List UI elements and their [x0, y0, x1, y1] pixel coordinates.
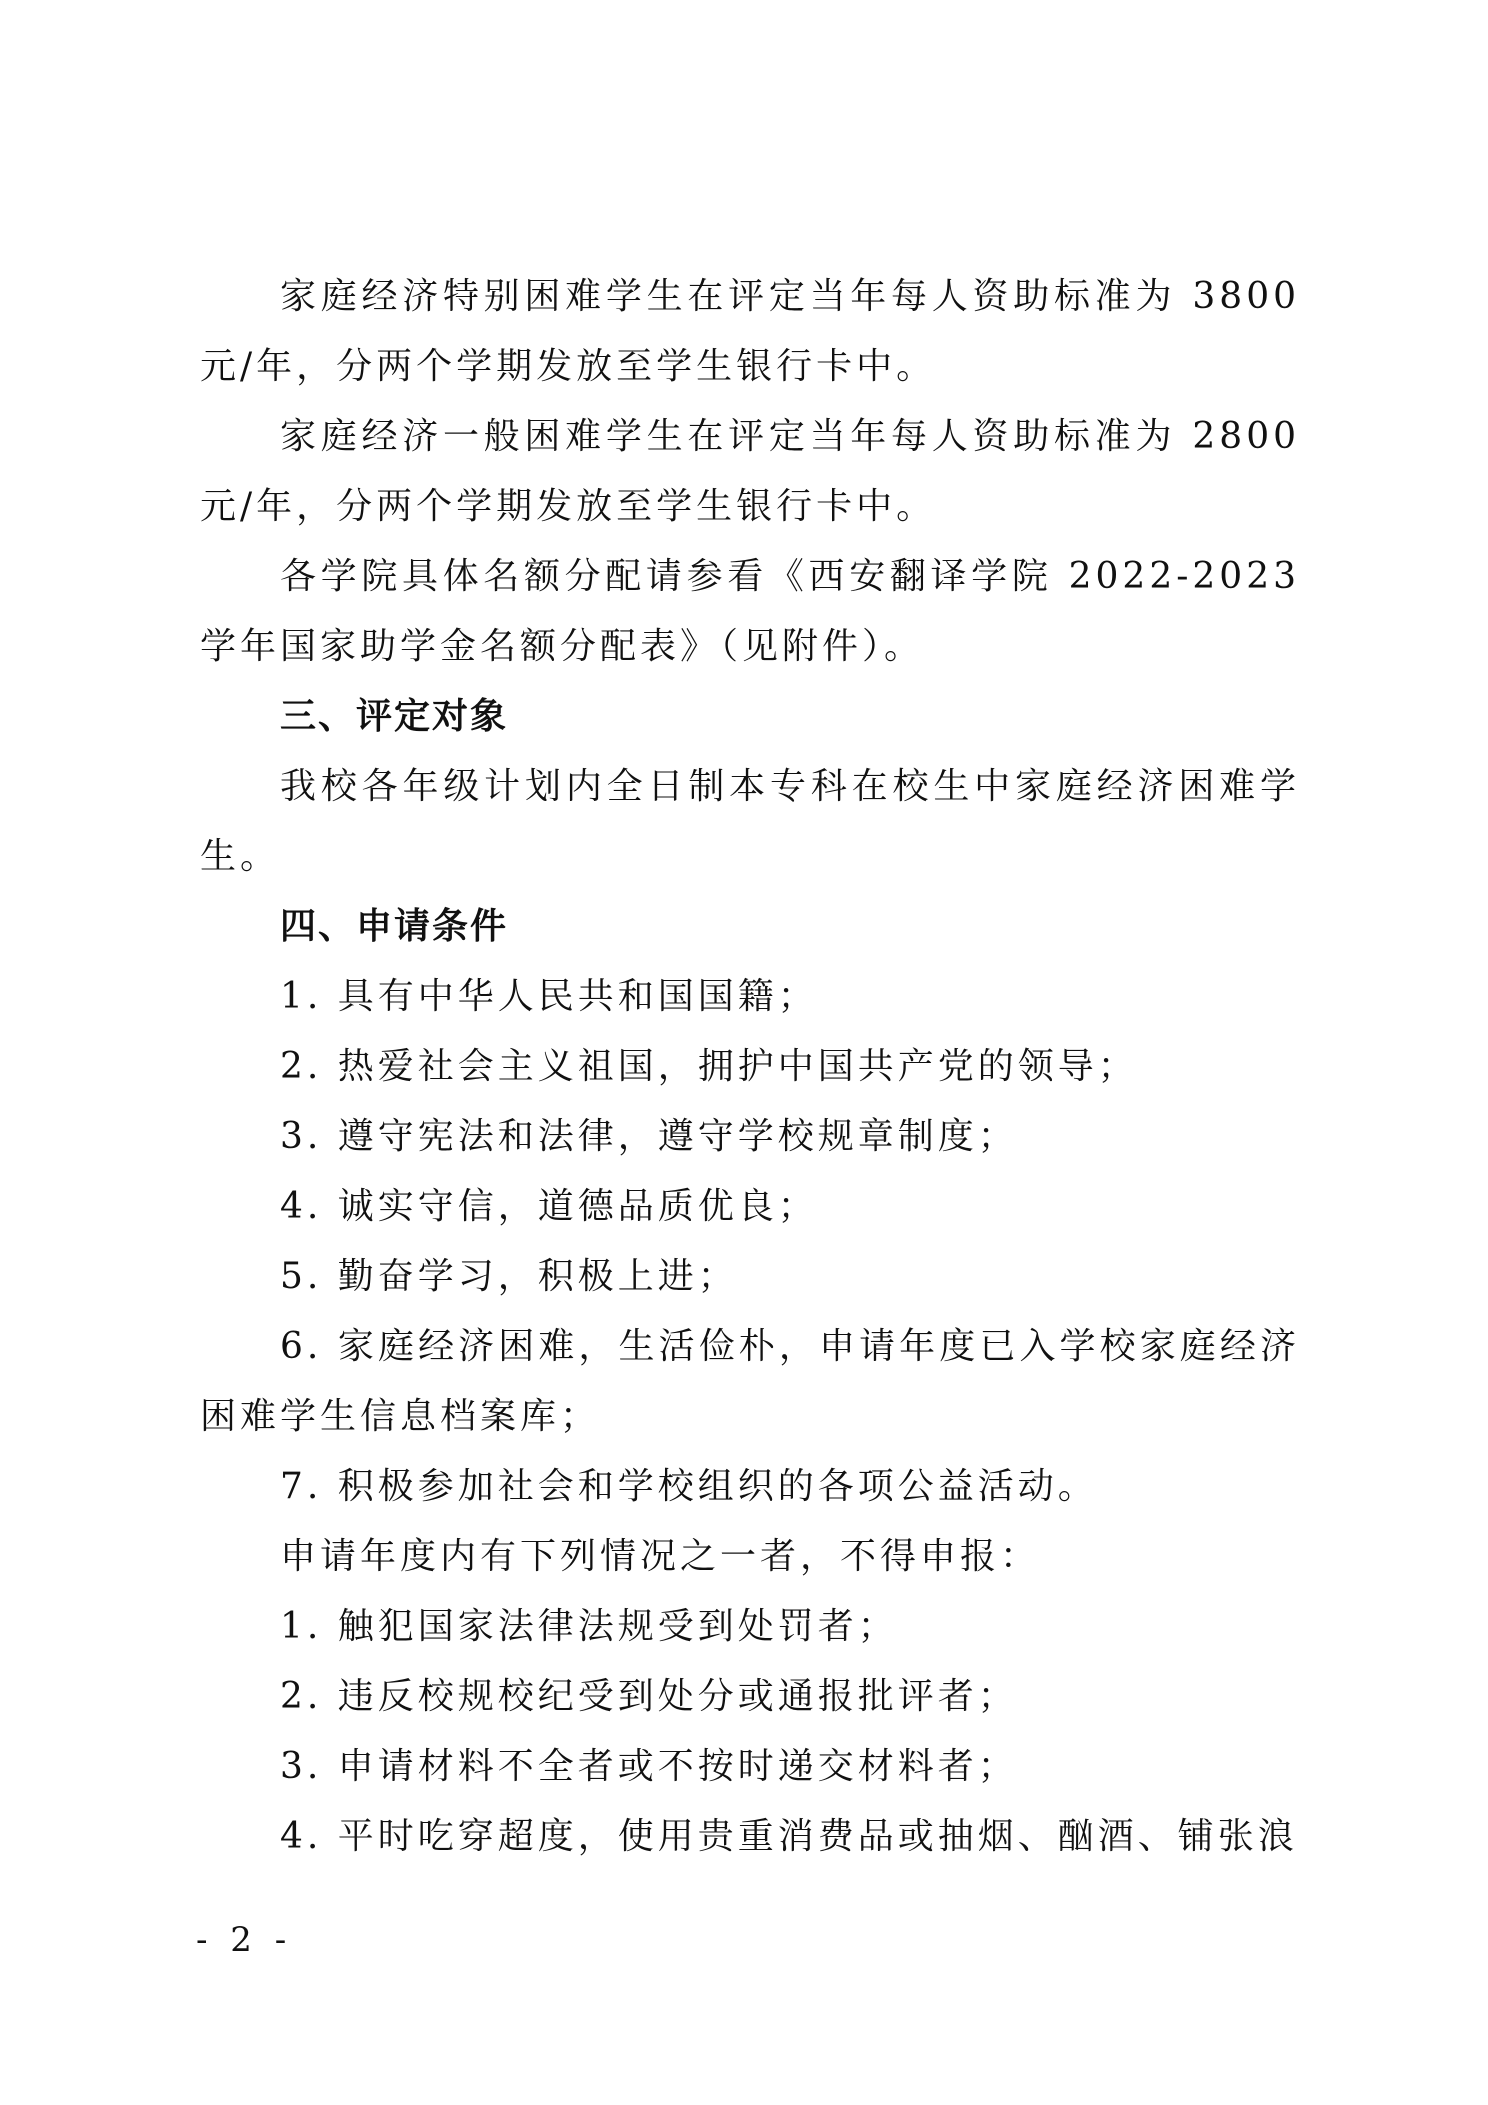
page-number: - 2 -	[196, 1920, 292, 1960]
document-page: 家庭经济特别困难学生在评定当年每人资助标准为 3800 元/年，分两个学期发放至…	[0, 0, 1488, 2105]
paragraph-eligible-recipients: 我校各年级计划内全日制本专科在校生中家庭经济困难学生。	[200, 752, 1300, 892]
document-body: 家庭经济特别困难学生在评定当年每人资助标准为 3800 元/年，分两个学期发放至…	[200, 262, 1300, 1872]
exclusion-item: 2. 违反校规校纪受到处分或通报批评者；	[200, 1662, 1300, 1732]
condition-item: 1. 具有中华人民共和国国籍；	[200, 962, 1300, 1032]
condition-item: 3. 遵守宪法和法律，遵守学校规章制度；	[200, 1102, 1300, 1172]
condition-item: 7. 积极参加社会和学校组织的各项公益活动。	[200, 1452, 1300, 1522]
section-heading-application-conditions: 四、申请条件	[200, 892, 1300, 962]
paragraph-special-hardship-standard: 家庭经济特别困难学生在评定当年每人资助标准为 3800 元/年，分两个学期发放至…	[200, 262, 1300, 402]
exclusion-item: 4. 平时吃穿超度，使用贵重消费品或抽烟、酗酒、铺张浪	[200, 1802, 1300, 1872]
exclusion-intro: 申请年度内有下列情况之一者，不得申报：	[200, 1522, 1300, 1592]
condition-item: 5. 勤奋学习，积极上进；	[200, 1242, 1300, 1312]
condition-item: 6. 家庭经济困难，生活俭朴，申请年度已入学校家庭经济困难学生信息档案库；	[200, 1312, 1300, 1452]
condition-item: 2. 热爱社会主义祖国，拥护中国共产党的领导；	[200, 1032, 1300, 1102]
paragraph-quota-reference: 各学院具体名额分配请参看《西安翻译学院 2022-2023 学年国家助学金名额分…	[200, 542, 1300, 682]
condition-item: 4. 诚实守信，道德品质优良；	[200, 1172, 1300, 1242]
section-heading-eligible-recipients: 三、评定对象	[200, 682, 1300, 752]
paragraph-general-hardship-standard: 家庭经济一般困难学生在评定当年每人资助标准为 2800 元/年，分两个学期发放至…	[200, 402, 1300, 542]
exclusion-item: 1. 触犯国家法律法规受到处罚者；	[200, 1592, 1300, 1662]
exclusion-item: 3. 申请材料不全者或不按时递交材料者；	[200, 1732, 1300, 1802]
